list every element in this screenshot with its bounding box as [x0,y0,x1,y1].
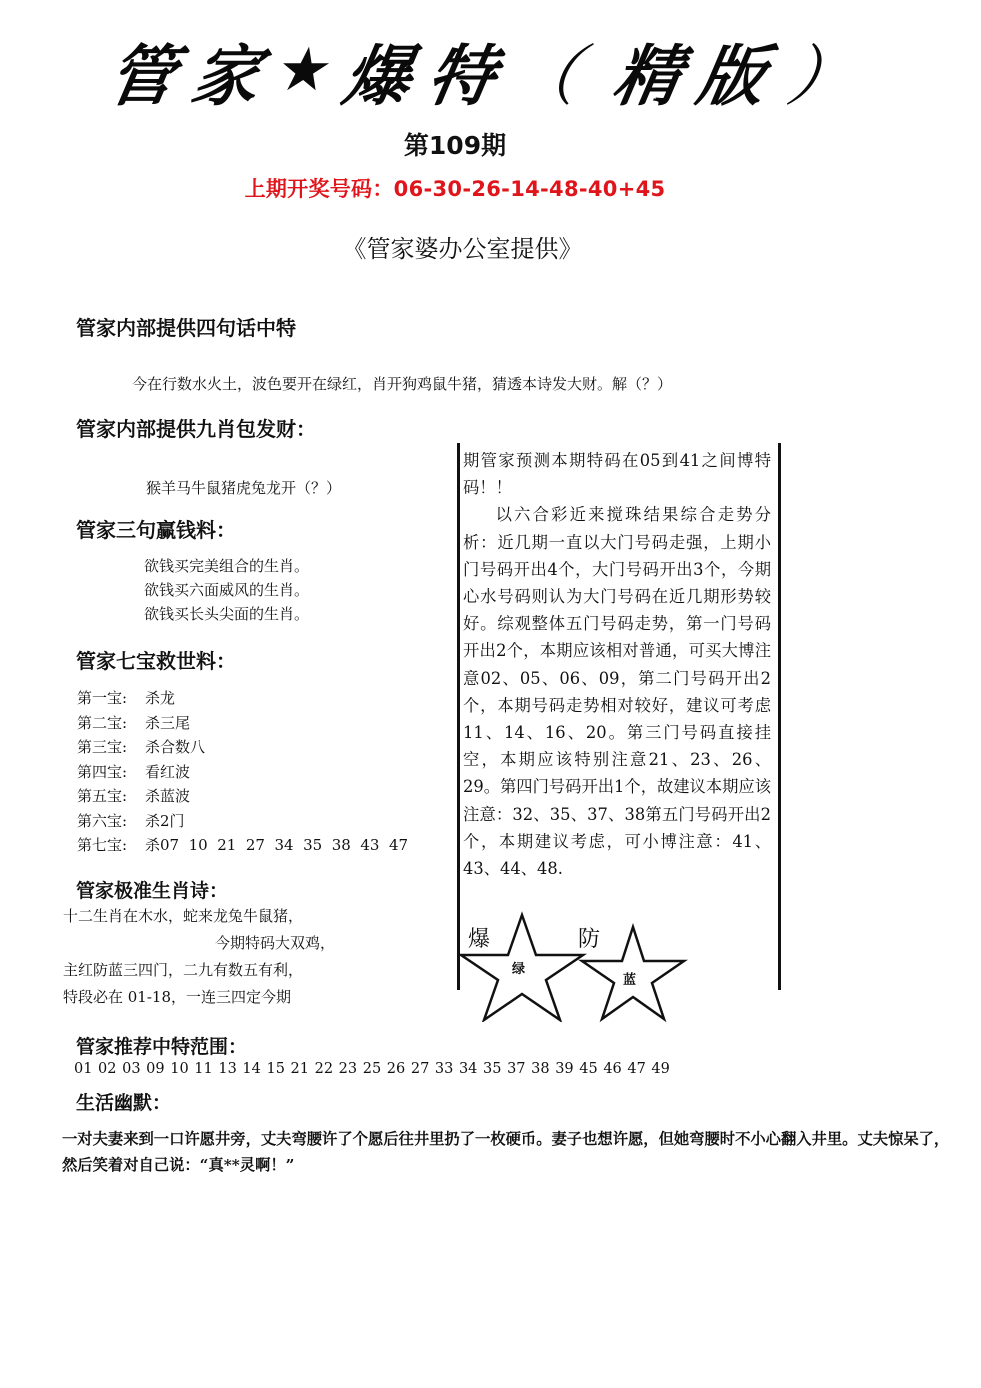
list-item: 第二宝:杀三尾 [77,711,408,736]
treasure-key: 第七宝: [77,833,145,857]
list-item: 欲钱买长头尖面的生肖。 [144,602,309,626]
treasure-value: 杀合数八 [145,735,205,759]
list-item: 第三宝:杀合数八 [77,735,408,760]
star-icon: ★ [272,35,338,105]
analysis-text: 期管家预测本期特码在05到41之间博特码！！ 以六合彩近来搅珠结果综合走势分析：… [463,447,771,882]
list-item: 第五宝:杀蓝波 [77,784,408,809]
section-title-poem: 管家极准生肖诗： [76,876,228,903]
poem-line: 十二生肖在木水，蛇来龙兔牛鼠猪， [63,904,353,931]
section-title-four-lines: 管家内部提供四句话中特 [76,312,296,341]
section-title-humor: 生活幽默： [76,1088,171,1115]
star-inner-label-green: 绿 [512,958,525,977]
treasure-key: 第三宝: [77,735,145,759]
masthead-title: 管 家 ★ 爆 特 （ 精 版 ） [102,22,819,118]
list-item: 第四宝:看红波 [77,760,408,785]
last-draw-numbers: 06-30-26-14-48-40+45 [394,177,666,201]
list-item: 欲钱买六面威风的生肖。 [144,578,309,602]
poem-line: 今期特码大双鸡， [63,931,353,958]
section-title-three-lines: 管家三句赢钱料： [76,514,236,543]
treasure-key: 第六宝: [77,809,145,833]
humor-text: 一对夫妻来到一口许愿井旁，丈夫弯腰许了个愿后往井里扔了一枚硬币。妻子也想许愿，但… [62,1126,952,1178]
section-title-nine-zodiac: 管家内部提供九肖包发财： [76,413,316,442]
poem-line: 主红防蓝三四门，二九有数五有利， [63,958,353,985]
treasure-value: 杀龙 [145,686,175,710]
analysis-paragraph: 以六合彩近来搅珠结果综合走势分析：近几期一直以大门号码走强，上期小门号码开出4个… [463,501,771,882]
section-title-recommend-range: 管家推荐中特范围： [76,1032,247,1059]
list-item: 第七宝:杀07 10 21 27 34 35 38 43 47 [77,833,408,858]
last-draw-label: 上期开奖号码： [245,177,394,201]
last-draw-results: 上期开奖号码：06-30-26-14-48-40+45 [0,173,910,203]
treasure-key: 第一宝: [77,686,145,710]
provider-line: 《管家婆办公室提供》 [0,229,925,264]
masthead-char: 精 [607,23,690,118]
star-inner-label-blue: 蓝 [623,969,636,988]
treasure-value: 杀三尾 [145,711,190,735]
masthead-paren-close: ） [781,23,864,118]
analysis-paragraph: 期管家预测本期特码在05到41之间博特码！！ [463,447,771,501]
masthead-char: 家 [186,23,269,118]
treasure-key: 第四宝: [77,760,145,784]
treasure-value: 杀2门 [145,809,185,833]
treasure-value: 看红波 [145,760,190,784]
treasure-key: 第二宝: [77,711,145,735]
poem-line: 特段必在 01-18，一连三四定今期 [63,985,353,1012]
treasure-value: 杀07 10 21 27 34 35 38 43 47 [145,833,408,857]
list-item: 第一宝:杀龙 [77,686,408,711]
seven-treasures-list: 第一宝:杀龙 第二宝:杀三尾 第三宝:杀合数八 第四宝:看红波 第五宝:杀蓝波 … [77,686,408,858]
masthead-char: 特 [421,23,504,118]
three-lines-list: 欲钱买完美组合的生肖。 欲钱买六面威风的生肖。 欲钱买长头尖面的生肖。 [144,554,309,626]
list-item: 第六宝:杀2门 [77,809,408,834]
masthead-char: 管 [102,23,185,118]
masthead-char: 爆 [337,23,420,118]
list-item: 欲钱买完美组合的生肖。 [144,554,309,578]
section-title-seven-treasures: 管家七宝救世料： [76,645,236,674]
four-lines-text: 今在行数水火土，波色要开在绿红，肖开狗鸡鼠牛猪，猜透本诗发大财。解（？） [132,372,672,396]
issue-number: 第109期 [0,126,910,162]
treasure-key: 第五宝: [77,784,145,808]
masthead-char: 版 [691,23,774,118]
masthead-paren-open: （ [505,23,588,118]
poem-lines: 十二生肖在木水，蛇来龙兔牛鼠猪， 今期特码大双鸡， 主红防蓝三四门，二九有数五有… [63,904,353,1012]
treasure-value: 杀蓝波 [145,784,190,808]
recommend-range-numbers: 01 02 03 09 10 11 13 14 15 21 22 23 25 2… [74,1061,670,1077]
nine-zodiac-text: 猴羊马牛鼠猪虎兔龙开（？） [146,476,341,500]
